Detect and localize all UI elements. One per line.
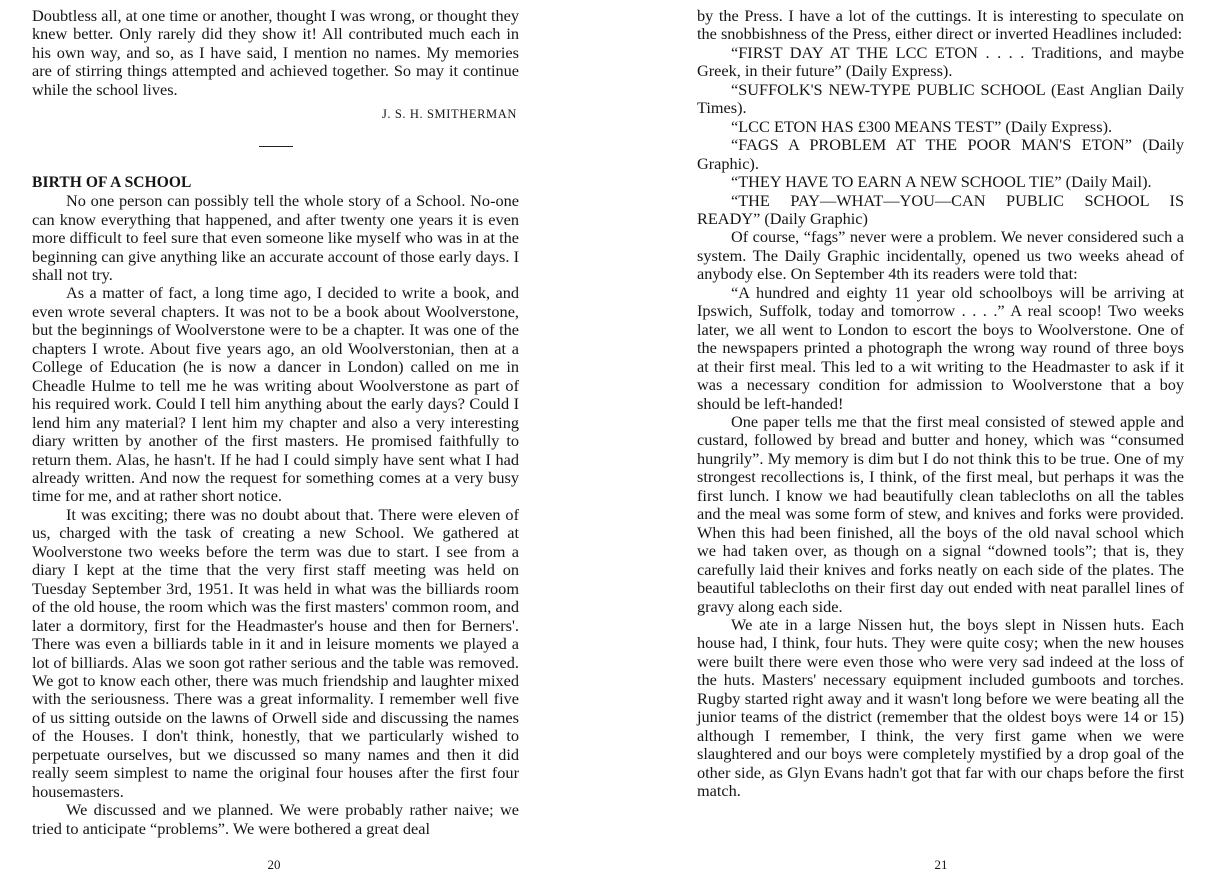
section-title: BIRTH OF A SCHOOL [32, 174, 519, 192]
body-paragraph: It was exciting; there was no doubt abou… [32, 506, 519, 801]
author-signature: J. S. H. SMITHERMAN [32, 105, 519, 123]
closing-paragraph: Doubtless all, at one time or another, t… [32, 7, 519, 99]
body-paragraph: “A hundred and eighty 11 year old school… [697, 284, 1184, 413]
intro-paragraph: by the Press. I have a lot of the cuttin… [697, 7, 1184, 44]
body-paragraph: One paper tells me that the first meal c… [697, 413, 1184, 616]
left-page: Doubtless all, at one time or another, t… [32, 7, 519, 838]
body-paragraph: Of course, “fags” never were a problem. … [697, 228, 1184, 283]
headline-quote: “SUFFOLK'S NEW-TYPE PUBLIC SCHOOL (East … [697, 81, 1184, 118]
headline-quote: “LCC ETON HAS £300 MEANS TEST” (Daily Ex… [697, 118, 1184, 136]
section-divider [259, 146, 293, 147]
page-number-left: 20 [244, 857, 304, 873]
right-page: by the Press. I have a lot of the cuttin… [697, 7, 1184, 800]
headline-quote: “FIRST DAY AT THE LCC ETON . . . . Tradi… [697, 44, 1184, 81]
body-paragraph: No one person can possibly tell the whol… [32, 192, 519, 284]
page-number-right: 21 [911, 857, 971, 873]
headline-quote: “THE PAY—WHAT—YOU—CAN PUBLIC SCHOOL IS R… [697, 192, 1184, 229]
headline-quote: “FAGS A PROBLEM AT THE POOR MAN'S ETON” … [697, 136, 1184, 173]
headline-quote: “THEY HAVE TO EARN A NEW SCHOOL TIE” (Da… [697, 173, 1184, 191]
body-paragraph: As a matter of fact, a long time ago, I … [32, 284, 519, 505]
body-paragraph: We ate in a large Nissen hut, the boys s… [697, 616, 1184, 801]
body-paragraph: We discussed and we planned. We were pro… [32, 801, 519, 838]
